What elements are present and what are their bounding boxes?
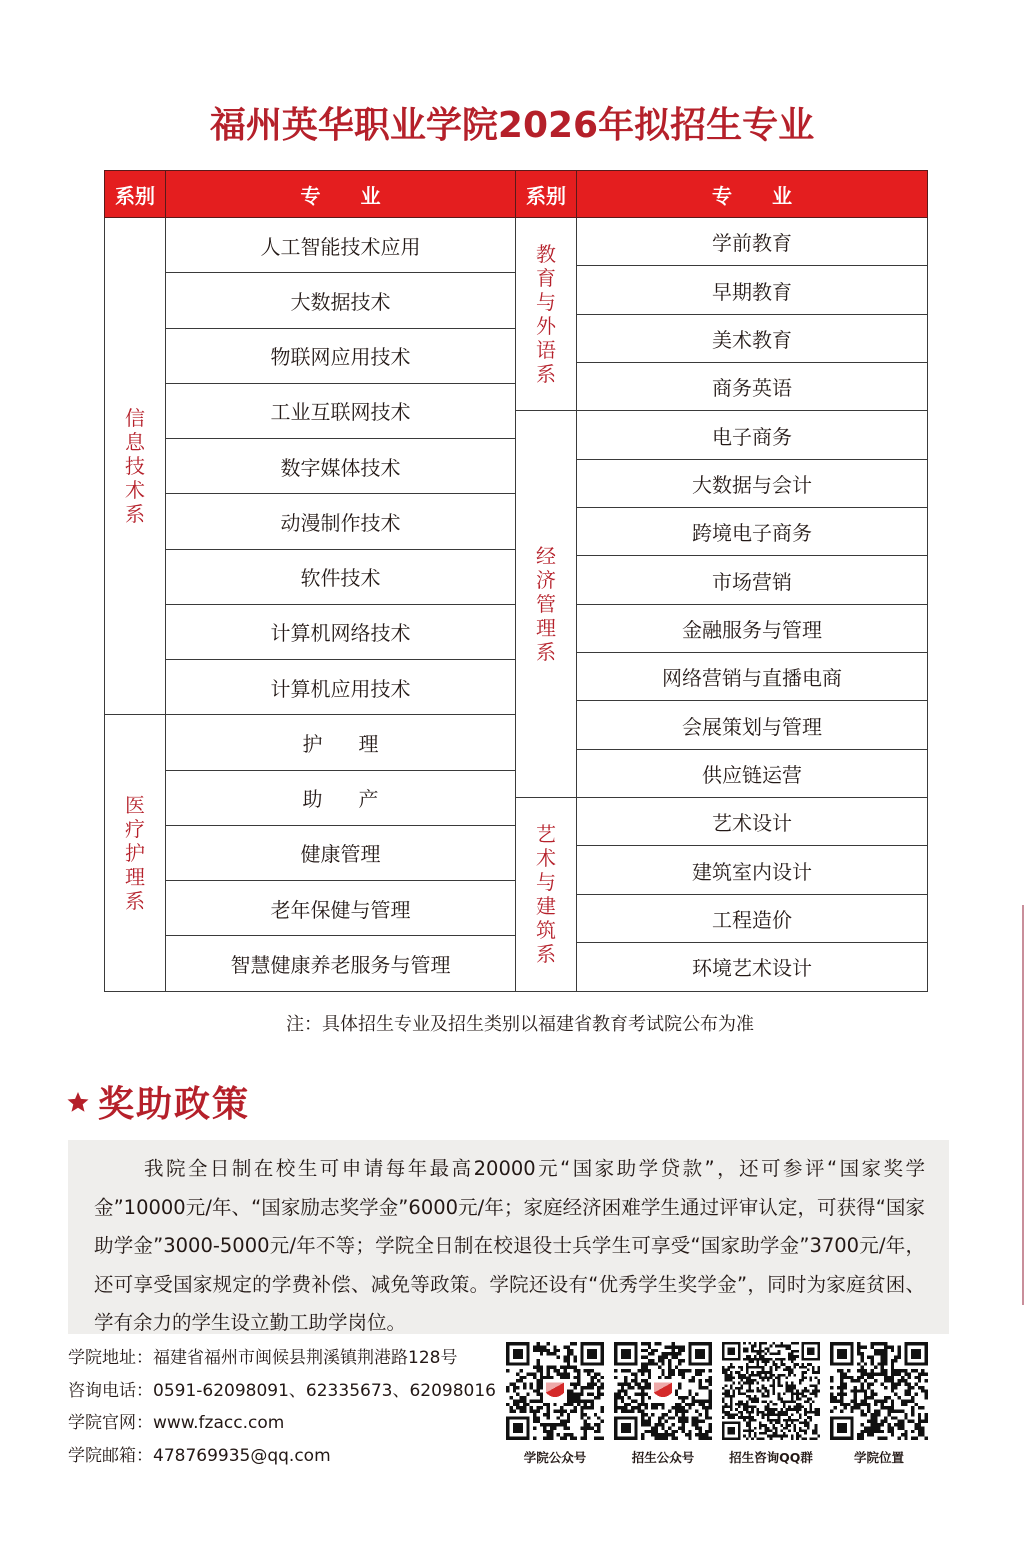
- header-dept-right: 系别: [516, 171, 577, 218]
- department-cell: 艺术与建筑系: [516, 798, 577, 991]
- qr-code-group: 学院公众号 招生公众号 招生咨询QQ群 学院位置: [505, 1342, 929, 1466]
- major-cell: 健康管理: [166, 825, 516, 880]
- policy-text: 我院全日制在校生可申请每年最高20000元“国家助学贷款”，还可参评“国家奖学金…: [94, 1150, 925, 1343]
- major-cell: 计算机应用技术: [166, 660, 516, 715]
- qr-code-icon: [614, 1342, 712, 1440]
- major-cell: 电子商务: [577, 411, 928, 459]
- qr-code-icon: [830, 1342, 928, 1440]
- policy-box: 我院全日制在校生可申请每年最高20000元“国家助学贷款”，还可参评“国家奖学金…: [68, 1140, 949, 1334]
- major-cell: 老年保健与管理: [166, 881, 516, 936]
- footnote: 注：具体招生专业及招生类别以福建省教育考试院公布为准: [0, 1010, 1024, 1036]
- qr-caption: 招生咨询QQ群: [729, 1448, 813, 1466]
- major-cell: 数字媒体技术: [166, 439, 516, 494]
- major-cell: 环境艺术设计: [577, 943, 928, 991]
- department-name: 信息技术系: [124, 406, 146, 526]
- policy-heading-text: 奖助政策: [98, 1076, 250, 1127]
- major-cell: 护理: [166, 715, 516, 770]
- qr-item-location: 学院位置: [829, 1342, 929, 1466]
- major-cell: 跨境电子商务: [577, 508, 928, 556]
- majors-table: 系别 专业 系别 专业 信息技术系人工智能技术应用教育与外语系学前教育早期教育大…: [104, 170, 928, 992]
- major-cell: 计算机网络技术: [166, 604, 516, 659]
- contact-email: 学院邮箱：478769935@qq.com: [68, 1440, 498, 1473]
- header-major-right: 专业: [577, 171, 928, 218]
- major-cell: 人工智能技术应用: [166, 218, 516, 273]
- department-name: 医疗护理系: [124, 793, 146, 913]
- major-cell: 动漫制作技术: [166, 494, 516, 549]
- contact-label: 学院官网：: [68, 1413, 153, 1433]
- contact-value: 福建省福州市闽候县荆溪镇荆港路128号: [153, 1348, 457, 1368]
- department-name: 艺术与建筑系: [535, 822, 557, 966]
- page-title: 福州英华职业学院2026年拟招生专业: [0, 100, 1024, 152]
- qr-caption: 学院公众号: [524, 1448, 587, 1466]
- qr-item-college-account: 学院公众号: [505, 1342, 605, 1466]
- major-cell: 建筑室内设计: [577, 846, 928, 894]
- contact-list: 学院地址：福建省福州市闽候县荆溪镇荆港路128号 咨询电话：0591-62098…: [68, 1342, 498, 1472]
- website-link[interactable]: www.fzacc.com: [153, 1413, 284, 1433]
- table-header-row: 系别 专业 系别 专业: [105, 171, 928, 218]
- major-cell: 软件技术: [166, 549, 516, 604]
- major-cell: 物联网应用技术: [166, 328, 516, 383]
- qr-item-admissions-account: 招生公众号: [613, 1342, 713, 1466]
- major-cell: 金融服务与管理: [577, 604, 928, 652]
- contact-website: 学院官网：www.fzacc.com: [68, 1407, 498, 1440]
- qr-caption: 学院位置: [854, 1448, 904, 1466]
- table-body: 信息技术系人工智能技术应用教育与外语系学前教育早期教育大数据技术美术教育物联网应…: [105, 218, 928, 992]
- major-cell: 工业互联网技术: [166, 383, 516, 438]
- department-name: 教育与外语系: [535, 242, 557, 386]
- major-cell: 早期教育: [577, 266, 928, 314]
- policy-heading: 奖助政策: [66, 1076, 250, 1127]
- major-cell: 学前教育: [577, 218, 928, 266]
- major-cell: 网络营销与直播电商: [577, 653, 928, 701]
- department-name: 经济管理系: [535, 544, 557, 664]
- contact-label: 咨询电话：: [68, 1381, 153, 1401]
- major-cell: 工程造价: [577, 894, 928, 942]
- major-cell: 大数据与会计: [577, 459, 928, 507]
- department-cell: 信息技术系: [105, 218, 166, 715]
- qr-caption: 招生公众号: [632, 1448, 695, 1466]
- major-cell: 供应链运营: [577, 749, 928, 797]
- major-cell: 大数据技术: [166, 273, 516, 328]
- header-dept-left: 系别: [105, 171, 166, 218]
- contact-value: 0591-62098091、62335673、62098016: [153, 1381, 496, 1401]
- major-cell: 智慧健康养老服务与管理: [166, 936, 516, 991]
- contact-label: 学院地址：: [68, 1348, 153, 1368]
- major-cell: 助产: [166, 770, 516, 825]
- major-cell: 美术教育: [577, 314, 928, 362]
- major-cell: 艺术设计: [577, 798, 928, 846]
- email-link[interactable]: 478769935@qq.com: [153, 1446, 331, 1466]
- contact-phone: 咨询电话：0591-62098091、62335673、62098016: [68, 1375, 498, 1408]
- major-cell: 市场营销: [577, 556, 928, 604]
- department-cell: 教育与外语系: [516, 218, 577, 411]
- major-cell: 会展策划与管理: [577, 701, 928, 749]
- major-cell: 商务英语: [577, 363, 928, 411]
- contact-label: 学院邮箱：: [68, 1446, 153, 1466]
- qr-item-qq-group: 招生咨询QQ群: [721, 1342, 821, 1466]
- qr-code-icon: [722, 1342, 820, 1440]
- qr-code-icon: [506, 1342, 604, 1440]
- department-cell: 经济管理系: [516, 411, 577, 798]
- star-icon: [66, 1090, 90, 1114]
- table-subrow: 信息技术系人工智能技术应用教育与外语系学前教育: [105, 218, 928, 225]
- contact-address: 学院地址：福建省福州市闽候县荆溪镇荆港路128号: [68, 1342, 498, 1375]
- header-major-left: 专业: [166, 171, 516, 218]
- department-cell: 医疗护理系: [105, 715, 166, 991]
